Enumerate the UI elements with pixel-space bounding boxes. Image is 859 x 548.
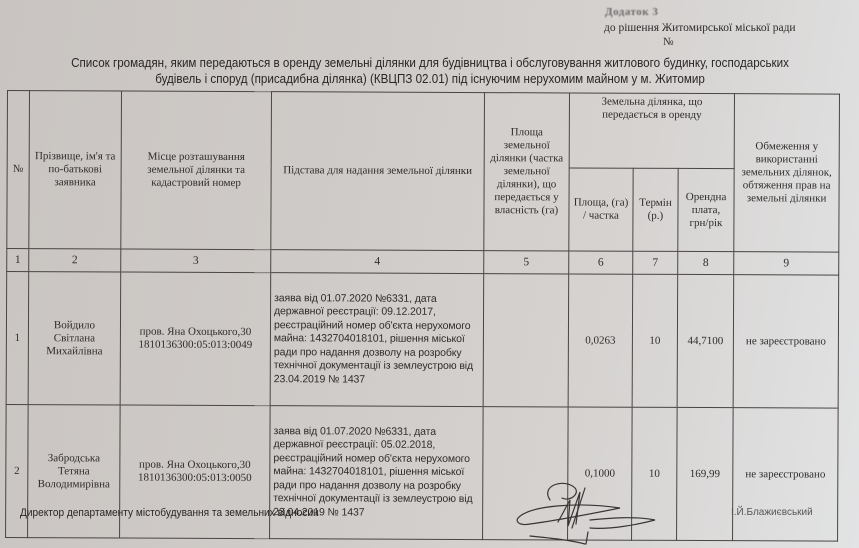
restrictions: не зареєстровано xyxy=(733,408,839,541)
header-ownership-area: Площа земельної ділянки (частка земельно… xyxy=(484,93,570,251)
document-title: Список громадян, яким передаються в орен… xyxy=(49,55,812,87)
table-row: 1 Войдило Світлана Михайлівна пров. Яна … xyxy=(6,272,839,409)
column-number: 8 xyxy=(678,251,734,274)
address: пров. Яна Охоцького,30 xyxy=(123,459,266,473)
column-number: 1 xyxy=(7,249,29,272)
column-number: 6 xyxy=(569,251,633,274)
header-lease-area: Площа, (га) / частка xyxy=(569,168,633,251)
column-number: 9 xyxy=(734,252,839,275)
lease-area: 0,0263 xyxy=(568,274,633,407)
restrictions: не зареєстровано xyxy=(733,275,839,408)
applicant-name: Войдило Світлана Михайлівна xyxy=(28,272,121,405)
lease-rent: 169,99 xyxy=(677,407,734,540)
cadastral-number: 1810136300:05:013:0050 xyxy=(123,472,266,486)
signatory-position: Директор департаменту містобудування та … xyxy=(20,507,319,519)
header-location: Місце розташування земельної ділянки та … xyxy=(121,91,272,250)
header-term: Термін (р.) xyxy=(633,168,678,251)
header-basis: Підстава для надання земельної ділянки xyxy=(271,92,485,251)
document-page: Додаток 3 до рішення Житомирської місько… xyxy=(0,0,859,548)
location-cell: пров. Яна Охоцького,30 1810136300:05:013… xyxy=(120,272,271,406)
decision-reference: до рішення Житомирської міської ради xyxy=(604,22,796,34)
column-number: 4 xyxy=(271,250,484,274)
row-number: 1 xyxy=(6,272,29,405)
column-number: 7 xyxy=(633,251,678,274)
lease-term: 10 xyxy=(632,274,678,407)
land-lease-table: № Прізвище, ім'я та по-батькові заявника… xyxy=(5,90,840,542)
basis-text: заява від 01.07.2020 №6331, дата державн… xyxy=(270,406,484,540)
header-number: № xyxy=(7,91,30,249)
basis-text: заява від 01.07.2020 №6331, дата державн… xyxy=(270,273,484,407)
column-number: 3 xyxy=(121,249,271,273)
ownership-area xyxy=(483,274,569,407)
signature-icon xyxy=(510,480,680,548)
column-number: 5 xyxy=(484,251,569,274)
column-number: 2 xyxy=(29,249,121,272)
appendix-label: Додаток 3 xyxy=(605,6,658,18)
header-applicant-name: Прізвище, ім'я та по-батькові заявника xyxy=(29,91,122,249)
table-row: 2 Забродська Тетяна Володимирівна пров. … xyxy=(6,404,839,541)
lease-rent: 44,7100 xyxy=(677,274,734,407)
decision-number: № xyxy=(663,36,674,48)
signatory-name: І.Й.Блажиєвський xyxy=(731,507,813,518)
header-rent: Орендна плата, грн/рік xyxy=(678,168,734,251)
header-lease-group: Земельна ділянка, що передається в оренд… xyxy=(569,93,734,169)
address: пров. Яна Охоцького,30 xyxy=(124,326,267,340)
header-row: № Прізвище, ім'я та по-батькові заявника… xyxy=(7,91,839,170)
header-restrictions: Обмеження у використанні земельних ділян… xyxy=(734,94,840,252)
cadastral-number: 1810136300:05:013:0049 xyxy=(124,339,267,353)
